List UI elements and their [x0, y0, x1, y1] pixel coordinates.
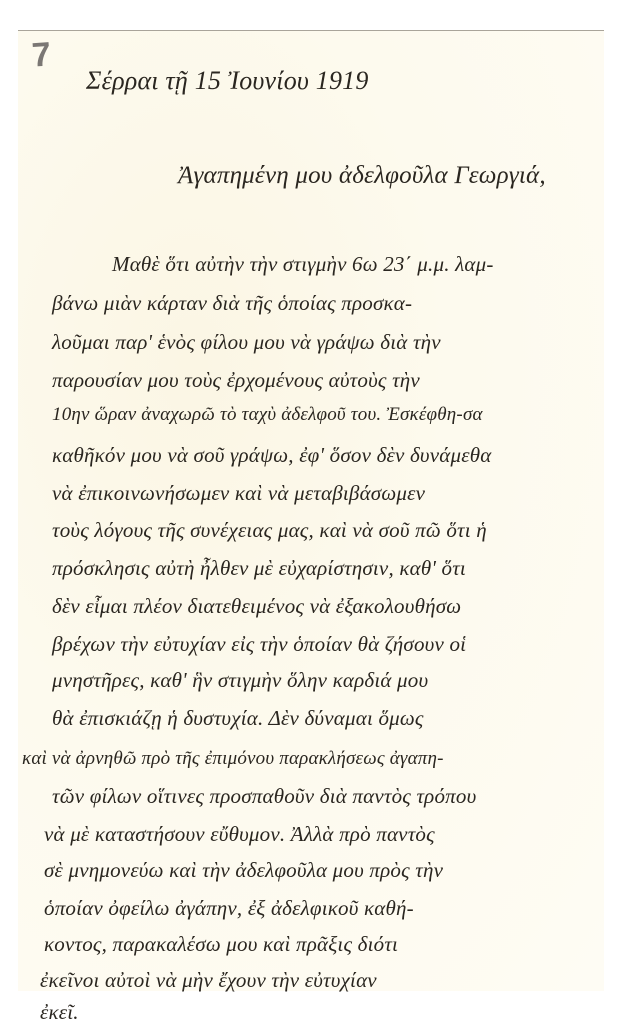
- salutation: Ἀγαπημένη μου ἀδελφοῦλα Γεωργιά,: [178, 162, 546, 190]
- body-line: παρουσίαν μου τοὺς ἐρχομένους αὐτοὺς τὴν: [52, 368, 420, 393]
- body-line: τοὺς λόγους τῆς συνέχειας μας, καὶ νὰ σο…: [52, 518, 487, 543]
- body-line: νὰ μὲ καταστήσουν εὔθυμον. Ἀλλὰ πρὸ παντ…: [44, 822, 435, 847]
- body-line: ἐκεῖνοι αὐτοὶ νὰ μὴν ἔχουν τὴν εὐτυχίαν: [40, 968, 377, 993]
- body-line: κοντος, παρακαλέσω μου καὶ πρᾶξις διότι: [44, 932, 398, 957]
- body-line: θὰ ἐπισκιάζῃ ἡ δυστυχία. Δὲν δύναμαι ὅμω…: [52, 706, 424, 731]
- body-line: σὲ μνημονεύω καὶ τὴν ἀδελφοῦλα μου πρὸς …: [44, 858, 443, 883]
- body-line: λοῦμαι παρ' ἑνὸς φίλου μου νὰ γράψω διὰ …: [52, 330, 441, 355]
- page-number-pencil-mark: 7: [31, 35, 53, 75]
- body-line: 10ην ὥραν ἀναχωρῶ τὸ ταχὺ ἀδελφοῦ του. Ἐ…: [52, 404, 483, 426]
- body-line: μνηστῆρες, καθ' ἣν στιγμὴν ὅλην καρδιά μ…: [52, 668, 428, 693]
- body-line: νὰ ἐπικοινωνήσωμεν καὶ νὰ μεταβιβάσωμεν: [52, 481, 425, 506]
- body-line: ἐκεῖ.: [40, 1000, 79, 1024]
- body-line: καθῆκόν μου νὰ σοῦ γράψω, ἐφ' ὅσον δὲν δ…: [52, 443, 491, 468]
- body-line: βρέχων τὴν εὐτυχίαν εἰς τὴν ὁποίαν θὰ ζή…: [52, 632, 466, 657]
- body-line: τῶν φίλων οἵτινες προσπαθοῦν διὰ παντὸς …: [52, 784, 476, 809]
- body-line: δὲν εἶμαι πλέον διατεθειμένος νὰ ἐξακολο…: [52, 594, 461, 619]
- body-line: Μαθὲ ὅτι αὐτὴν τὴν στιγμὴν 6ω 23΄ μ.μ. λ…: [112, 252, 494, 277]
- body-line: βάνω μιὰν κάρταν διὰ τῆς ὁποίας προσκα-: [52, 291, 412, 316]
- body-line: πρόσκλησις αὐτὴ ἦλθεν μὲ εὐχαρίστησιν, κ…: [52, 556, 466, 581]
- body-line: ὁποίαν ὀφείλω ἀγάπην, ἐξ ἀδελφικοῦ καθή-: [44, 896, 414, 921]
- body-line: καὶ νὰ ἀρνηθῶ πρὸ τῆς ἐπιμόνου παρακλήσε…: [22, 748, 444, 770]
- dateline: Σέρραι τῇ 15 Ἰουνίου 1919: [86, 66, 369, 96]
